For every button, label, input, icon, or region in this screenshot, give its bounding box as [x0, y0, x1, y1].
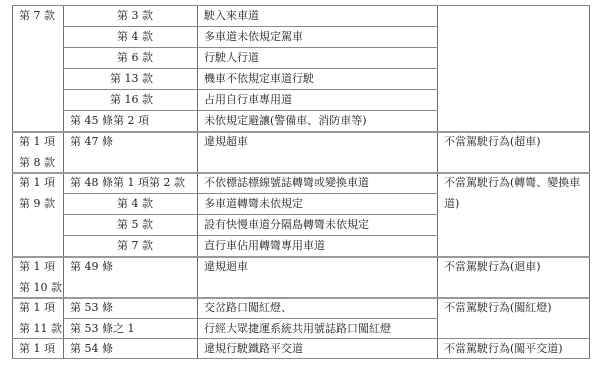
category-cell: 不當駕駛行為(迴車) — [437, 256, 589, 277]
violation-cell: 交岔路口闖紅燈、 — [197, 297, 437, 318]
violation-cell: 設有快慢車道分隔島轉彎未依規定 — [197, 214, 437, 235]
article-cell: 第 48 條第 1 項第 2 款 — [63, 172, 197, 193]
section-label: 第 7 款 — [12, 5, 63, 26]
article-cell: 第 47 條 — [63, 131, 197, 152]
violation-cell: 違規超車 — [197, 131, 437, 152]
violation-cell: 多車道未依規定駕車 — [197, 26, 437, 47]
article-cell: 第 16 款 — [63, 89, 197, 110]
article-cell: 第 4 款 — [63, 193, 197, 214]
category-cell: 不當駕駛行為(闖紅燈) — [437, 297, 589, 318]
section-label: 第 8 款 — [12, 152, 63, 173]
violation-cell: 直行車佔用轉彎專用車道 — [197, 235, 437, 256]
article-cell: 第 54 條 — [63, 338, 197, 359]
article-cell: 第 3 款 — [63, 5, 197, 26]
violation-cell: 多車道轉彎未依規定 — [197, 193, 437, 214]
violation-cell: 未依規定避讓(警備車、消防車等) — [197, 110, 437, 131]
violation-cell: 違規行駛鐵路平交道 — [197, 338, 437, 359]
violation-cell: 違規迴車 — [197, 256, 437, 277]
section-label: 第 9 款 — [12, 193, 63, 214]
category-cell: 不當駕駛行為(闖平交道) — [437, 338, 589, 359]
violation-cell: 不依標誌標線號誌轉彎或變換車道 — [197, 172, 437, 193]
section-label: 第 11 款 — [12, 318, 63, 339]
violation-cell: 行駛人行道 — [197, 47, 437, 68]
section-label: 第 10 款 — [12, 277, 63, 298]
section-label: 第 1 項 — [12, 172, 63, 193]
section-label: 第 1 項 — [12, 297, 63, 318]
category-cell: 不當駕駛行為(超車) — [437, 131, 589, 152]
article-cell: 第 53 條之 1 — [63, 318, 197, 339]
table-border-right — [589, 5, 590, 358]
category-cell: 不當駕駛行為(轉彎、變換車道) — [437, 172, 589, 214]
article-cell: 第 5 款 — [63, 214, 197, 235]
violation-cell: 占用自行車專用道 — [197, 89, 437, 110]
section-label: 第 1 項 — [12, 131, 63, 152]
article-cell: 第 45 條第 2 項 — [63, 110, 197, 131]
article-cell: 第 49 條 — [63, 256, 197, 277]
article-cell: 第 53 條 — [63, 297, 197, 318]
section-label: 第 1 項 — [12, 256, 63, 277]
article-cell: 第 6 款 — [63, 47, 197, 68]
article-cell: 第 7 款 — [63, 235, 197, 256]
section-label: 第 1 項 — [12, 338, 63, 359]
article-cell: 第 4 款 — [63, 26, 197, 47]
violation-cell: 機車不依規定車道行駛 — [197, 68, 437, 89]
violation-cell: 駛入來車道 — [197, 5, 437, 26]
article-cell: 第 13 款 — [63, 68, 197, 89]
violation-cell: 行經大眾捷運系統共用號誌路口闖紅燈 — [197, 318, 437, 339]
